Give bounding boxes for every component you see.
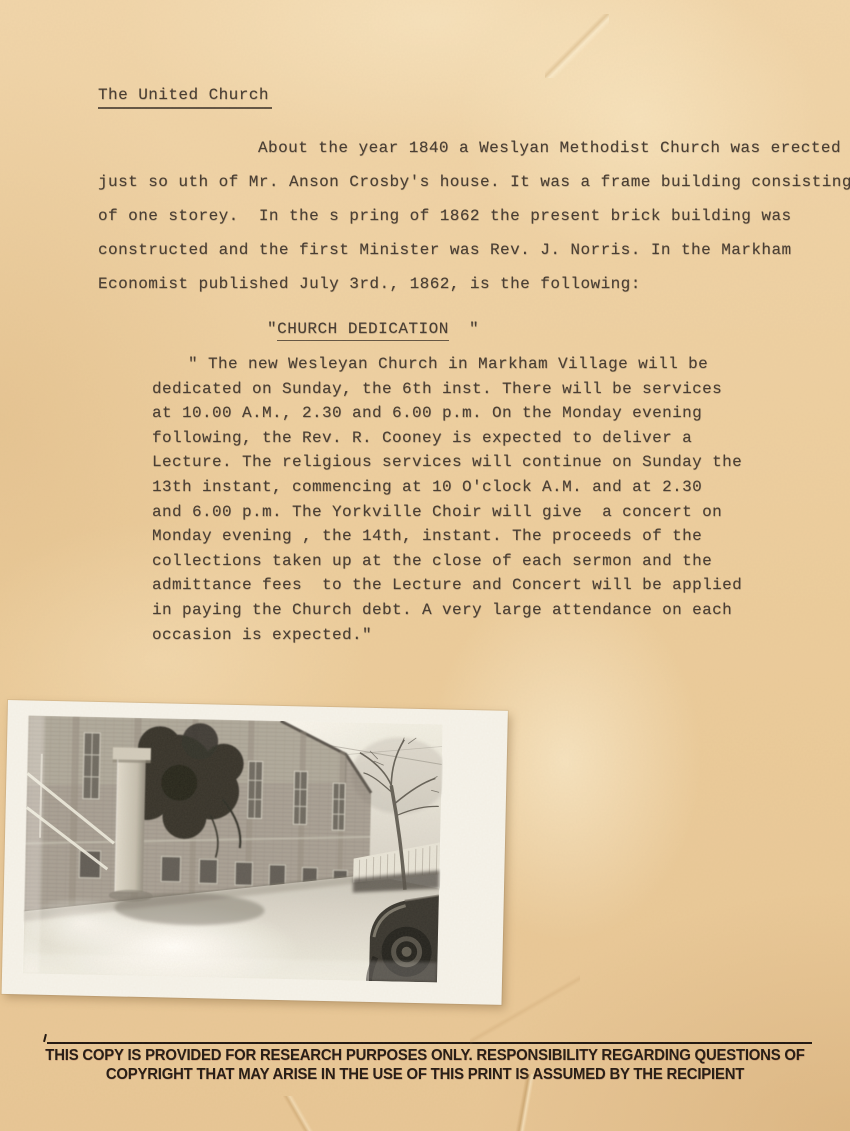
quote-line: and 6.00 p.m. The Yorkville Choir will g… [152,500,792,525]
intro-line: constructed and the first Minister was R… [98,233,850,267]
church-photograph [2,700,508,1005]
quote-line: " The new Wesleyan Church in Markham Vil… [152,352,792,377]
quote-line: occasion is expected." [152,623,792,648]
copyright-line-1: THIS COPY IS PROVIDED FOR RESEARCH PURPO… [17,1046,833,1065]
quote-line: admittance fees to the Lecture and Conce… [152,573,792,598]
footer-divider-tick [43,1034,47,1042]
intro-line: of one storey. In the s pring of 1862 th… [98,199,850,233]
scanned-page: The United Church About the year 1840 a … [0,0,850,1131]
page-title: The United Church [98,86,272,109]
quote-close-mark: " [449,320,479,338]
quote-line: at 10.00 A.M., 2.30 and 6.00 p.m. On the… [152,401,792,426]
intro-line: About the year 1840 a Weslyan Methodist … [98,131,850,165]
intro-paragraph: About the year 1840 a Weslyan Methodist … [98,131,850,301]
quote-heading-text: CHURCH DEDICATION [277,320,449,341]
paper-crease [276,1096,316,1131]
copyright-notice: THIS COPY IS PROVIDED FOR RESEARCH PURPO… [17,1046,833,1084]
quote-line: in paying the Church debt. A very large … [152,598,792,623]
newspaper-quote: " The new Wesleyan Church in Markham Vil… [152,352,792,647]
intro-line: just so uth of Mr. Anson Crosby's house.… [98,165,850,199]
quote-line: Monday evening , the 14th, instant. The … [152,524,792,549]
quote-open-mark: " [267,320,277,338]
quote-line: Lecture. The religious services will con… [152,450,792,475]
footer-divider [47,1042,812,1044]
quote-line: following, the Rev. R. Cooney is expecte… [152,426,792,451]
quote-heading: "CHURCH DEDICATION " [267,320,479,338]
quote-line: dedicated on Sunday, the 6th inst. There… [152,377,792,402]
paper-crease [545,14,609,78]
quote-line: 13th instant, commencing at 10 O'clock A… [152,475,792,500]
church-photo-image [22,715,444,982]
intro-line: Economist published July 3rd., 1862, is … [98,267,850,301]
quote-line: collections taken up at the close of eac… [152,549,792,574]
copyright-line-2: COPYRIGHT THAT MAY ARISE IN THE USE OF T… [17,1065,833,1084]
